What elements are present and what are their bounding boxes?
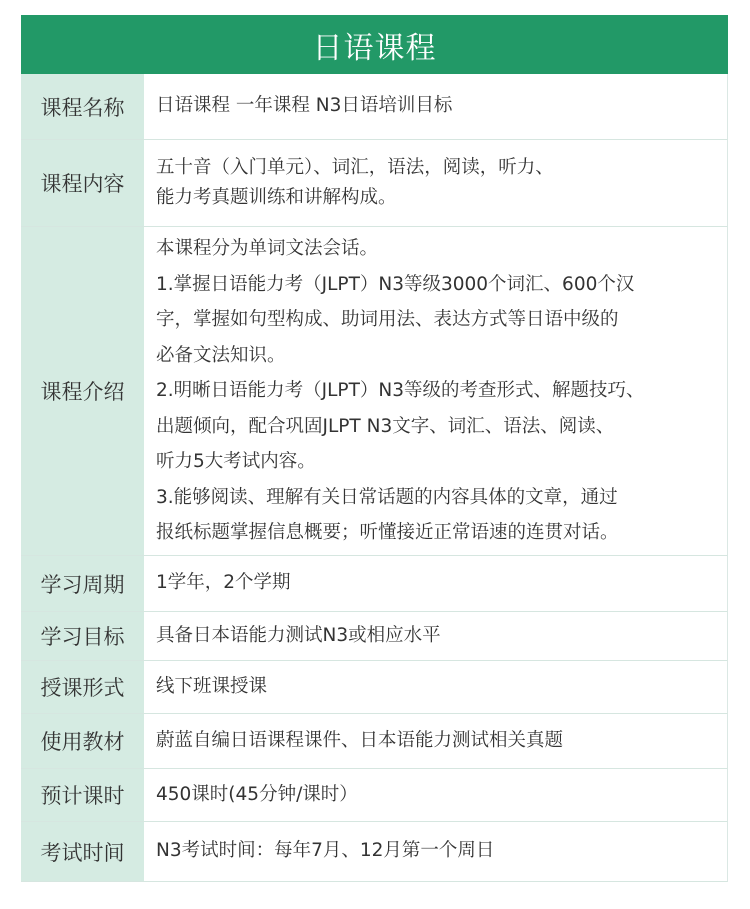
row-label: 学习周期 bbox=[21, 556, 144, 611]
row-label: 课程名称 bbox=[21, 74, 144, 139]
row-value: 五十音（入门单元）、词汇，语法，阅读，听力、 能力考真题训练和讲解构成。 bbox=[144, 140, 727, 226]
row-value: 线下班课授课 bbox=[144, 661, 727, 713]
row-label: 预计课时 bbox=[21, 769, 144, 821]
row-teaching-format: 授课形式 线下班课授课 bbox=[21, 661, 728, 714]
row-value: 日语课程 一年课程 N3日语培训目标 bbox=[144, 74, 727, 139]
row-course-content: 课程内容 五十音（入门单元）、词汇，语法，阅读，听力、 能力考真题训练和讲解构成… bbox=[21, 140, 728, 227]
row-label: 使用教材 bbox=[21, 714, 144, 768]
page-title: 日语课程 bbox=[313, 23, 437, 67]
row-label: 课程介绍 bbox=[21, 227, 144, 555]
row-value: N3考试时间：每年7月、12月第一个周日 bbox=[144, 822, 727, 881]
row-label: 授课形式 bbox=[21, 661, 144, 713]
row-course-intro: 课程介绍 本课程分为单词文法会话。 1.掌握日语能力考（JLPT）N3等级300… bbox=[21, 227, 728, 556]
row-label: 学习目标 bbox=[21, 612, 144, 660]
course-info-table: 日语课程 课程名称 日语课程 一年课程 N3日语培训目标 课程内容 五十音（入门… bbox=[21, 15, 728, 882]
row-exam-time: 考试时间 N3考试时间：每年7月、12月第一个周日 bbox=[21, 822, 728, 882]
row-textbooks: 使用教材 蔚蓝自编日语课程课件、日本语能力测试相关真题 bbox=[21, 714, 728, 769]
table-header: 日语课程 bbox=[21, 15, 728, 74]
row-estimated-hours: 预计课时 450课时(45分钟/课时） bbox=[21, 769, 728, 822]
row-course-name: 课程名称 日语课程 一年课程 N3日语培训目标 bbox=[21, 74, 728, 140]
row-study-goal: 学习目标 具备日本语能力测试N3或相应水平 bbox=[21, 612, 728, 661]
row-label: 课程内容 bbox=[21, 140, 144, 226]
row-value: 蔚蓝自编日语课程课件、日本语能力测试相关真题 bbox=[144, 714, 727, 768]
row-value: 450课时(45分钟/课时） bbox=[144, 769, 727, 821]
row-label: 考试时间 bbox=[21, 822, 144, 881]
row-value: 本课程分为单词文法会话。 1.掌握日语能力考（JLPT）N3等级3000个词汇、… bbox=[144, 227, 727, 555]
row-value: 1学年，2个学期 bbox=[144, 556, 727, 611]
row-study-period: 学习周期 1学年，2个学期 bbox=[21, 556, 728, 612]
row-value: 具备日本语能力测试N3或相应水平 bbox=[144, 612, 727, 660]
